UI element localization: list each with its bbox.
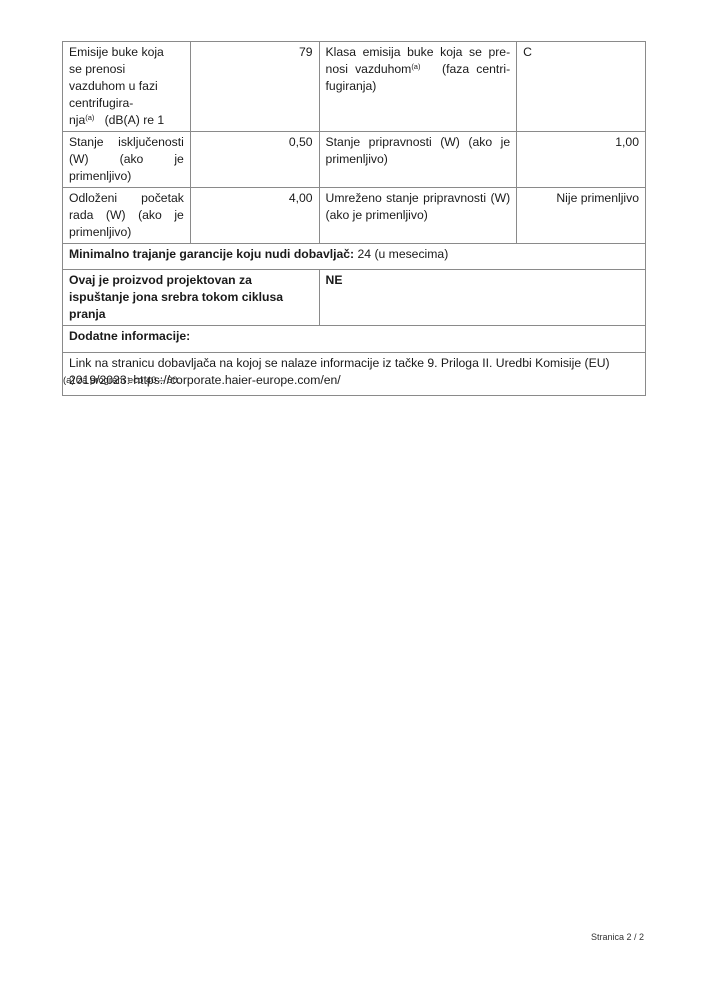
additional-info-text: Link na stranicu dobavljača na kojoj se … bbox=[63, 353, 646, 396]
warranty-value: 24 (u mesecima) bbox=[354, 247, 448, 261]
table-row: Ovaj je proizvod projektovan za ispuštan… bbox=[63, 270, 646, 326]
noise-class-value: C bbox=[517, 42, 646, 132]
label-line: (dB(A) re 1 bbox=[94, 113, 164, 127]
footnote: (a) za program eco 40 – 60. bbox=[63, 375, 180, 386]
noise-class-label: Klasa emisija buke koja se pre-nosi vazd… bbox=[319, 42, 517, 132]
additional-info-heading: Dodatne informacije: bbox=[63, 326, 646, 353]
delay-start-value: 4,00 bbox=[190, 188, 319, 244]
networked-standby-label: Umreženo stanje pripravnosti (W) (ako je… bbox=[319, 188, 517, 244]
table-row: Odloženi početak rada (W) (ako je primen… bbox=[63, 188, 646, 244]
warranty-cell: Minimalno trajanje garancije koju nudi d… bbox=[63, 244, 646, 270]
silver-ions-label: Ovaj je proizvod projektovan za ispuštan… bbox=[63, 270, 320, 326]
table-row: Link na stranicu dobavljača na kojoj se … bbox=[63, 353, 646, 396]
networked-standby-value: Nije primenljivo bbox=[517, 188, 646, 244]
standby-value: 1,00 bbox=[517, 132, 646, 188]
table-row: Dodatne informacije: bbox=[63, 326, 646, 353]
page-number: Stranica 2 / 2 bbox=[591, 932, 644, 942]
footnote-ref: (a) bbox=[85, 113, 94, 122]
footnote-ref: (a) bbox=[411, 62, 420, 71]
label-line: Emisije buke koja bbox=[69, 45, 164, 59]
off-mode-label: Stanje isključenosti (W) (ako je primenl… bbox=[63, 132, 191, 188]
noise-emission-label: Emisije buke koja se prenosi vazduhom u … bbox=[63, 42, 191, 132]
delay-start-label: Odloženi početak rada (W) (ako je primen… bbox=[63, 188, 191, 244]
standby-label: Stanje pripravnosti (W) (ako je primenlj… bbox=[319, 132, 517, 188]
document-page: Emisije buke koja se prenosi vazduhom u … bbox=[0, 0, 708, 1000]
silver-ions-value: NE bbox=[319, 270, 645, 326]
warranty-label: Minimalno trajanje garancije koju nudi d… bbox=[69, 247, 354, 261]
noise-emission-value: 79 bbox=[190, 42, 319, 132]
product-info-table: Emisije buke koja se prenosi vazduhom u … bbox=[62, 41, 646, 396]
table-row: Stanje isključenosti (W) (ako je primenl… bbox=[63, 132, 646, 188]
label-line: se prenosi bbox=[69, 62, 125, 76]
label-line: nja bbox=[69, 113, 85, 127]
label-line: vazduhom u fazi bbox=[69, 79, 158, 93]
table-row: Minimalno trajanje garancije koju nudi d… bbox=[63, 244, 646, 270]
table-row: Emisije buke koja se prenosi vazduhom u … bbox=[63, 42, 646, 132]
label-line: centrifugira- bbox=[69, 96, 133, 110]
off-mode-value: 0,50 bbox=[190, 132, 319, 188]
